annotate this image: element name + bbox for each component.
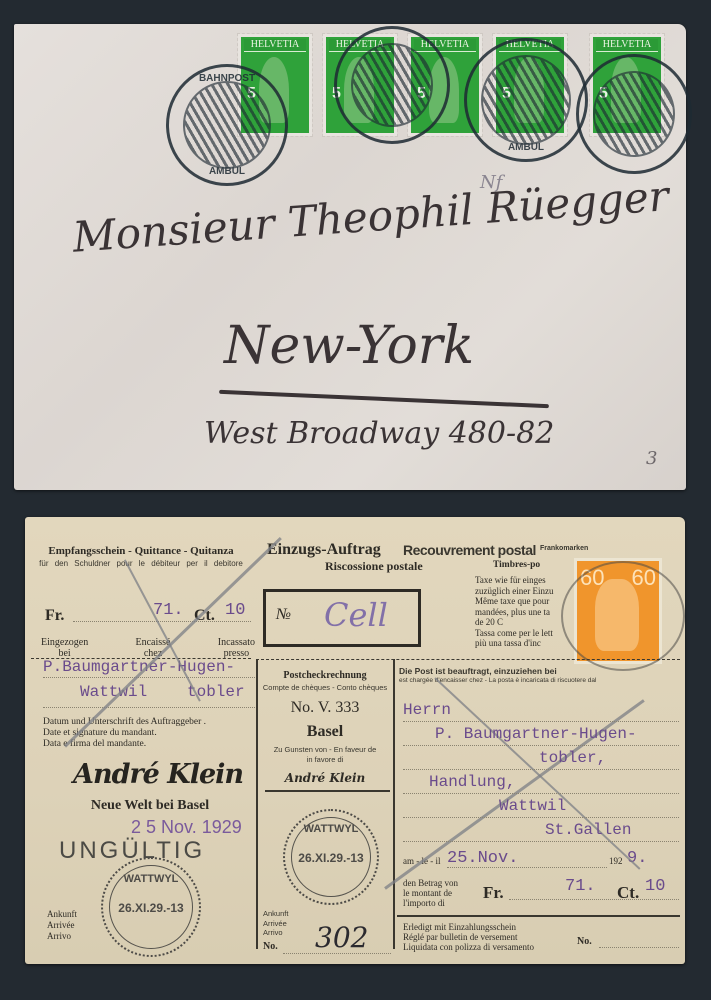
address-line-2: New-York — [224, 316, 474, 376]
divider — [256, 659, 680, 660]
company-logo: André Klein — [73, 759, 243, 790]
recipient-line: St.Gallen — [545, 821, 631, 839]
postcheck-subtitle: Compte de chèques - Conto chèques — [259, 683, 391, 692]
postcheck-arrival-labels: AnkunftArrivéeArrivo — [263, 909, 288, 938]
wattwyl-postmark: WATTWYL 26.XI.29.-13 — [283, 809, 379, 905]
receipt-subtitle: für den Schuldner pour le débiteur per i… — [31, 559, 251, 568]
divider — [265, 790, 390, 792]
recipient-line: Wattwil — [499, 797, 566, 815]
address-underline — [219, 390, 549, 408]
collected-at-labels: EingezogenbeiEncaisséchezIncassatopresso — [41, 637, 255, 659]
receipt-fr-value: 71. — [153, 601, 184, 620]
order-number-label: № — [276, 606, 291, 624]
settled-no-label: No. — [577, 936, 592, 947]
basel-postmark — [561, 561, 685, 671]
recipient-line: Handlung, — [429, 773, 515, 791]
dotted-line — [403, 721, 679, 722]
instruction-fr-it: est chargée d'encaisser chez - La posta … — [399, 677, 596, 684]
postcheck-title: Postcheckrechnung — [259, 670, 391, 681]
date-value: 25.Nov. — [447, 849, 518, 868]
form-title-it: Riscossione postale — [325, 559, 423, 574]
company-location: Neue Welt bei Basel — [65, 798, 235, 814]
recipient-line: Herrn — [403, 701, 451, 719]
postcheck-no-handwritten: 302 — [315, 921, 368, 954]
recipient-line: P. Baumgartner-Hugen- — [435, 725, 637, 743]
tax-text: Taxe wie für eingeszuzüglich einer Einzu… — [475, 575, 553, 649]
dotted-line — [43, 677, 255, 678]
wattwyl-postmark: WATTWYL 26.XI.29.-13 — [101, 857, 201, 957]
form-title-de: Einzugs-Auftrag — [267, 541, 381, 559]
divider — [393, 659, 395, 949]
dotted-line — [447, 867, 607, 868]
instruction-de: Die Post ist beauftragt, einzuziehen bei — [399, 666, 557, 676]
dotted-line — [403, 769, 679, 770]
order-fr-label: Fr. — [483, 883, 504, 903]
envelope: HELVETIA5HELVETIA5HELVETIA5HELVETIA5HELV… — [14, 24, 686, 490]
receipt-amount-line — [73, 621, 251, 622]
order-ct-label: Ct. — [617, 883, 639, 903]
order-number-box: № Cell — [263, 589, 421, 647]
stamps-label-de: Frankomarken — [540, 545, 588, 552]
collected-label: Incassatopresso — [218, 637, 255, 659]
postcheck-city: Basel — [259, 723, 391, 741]
date-stamp: 2 5 Nov. 1929 — [131, 817, 242, 838]
bahnpost-cancellation: BAHNPOST AMBUL — [166, 64, 288, 186]
postcheck-account: No. V. 333 — [259, 699, 391, 717]
collection-order-form: Empfangsschein - Quittance - Quitanza fü… — [25, 517, 685, 964]
divider — [397, 915, 680, 917]
dotted-line — [599, 947, 679, 948]
settled-label: Erledigt mit EinzahlungsscheinRéglé par … — [403, 922, 534, 952]
beneficiary: André Klein — [259, 771, 391, 785]
receipt-arrival-labels: AnkunftArrivéeArrivo — [47, 909, 77, 942]
order-number-handwritten: Cell — [324, 596, 388, 634]
collected-label: Eingezogenbei — [41, 637, 88, 659]
receipt-fr-label: Fr. — [45, 607, 64, 625]
receipt-ct-value: 10 — [225, 601, 245, 620]
stamps-label-fr: Timbres-po — [493, 560, 540, 570]
receipt-title: Empfangsschein - Quittance - Quitanza — [31, 545, 251, 557]
address-line-1: Monsieur Theophil Rüegger — [71, 171, 670, 262]
bahnpost-cancellation — [576, 54, 692, 174]
dotted-line — [403, 841, 679, 842]
form-title-fr: Recouvrement postal — [403, 542, 536, 558]
address-line-3: West Broadway 480-82 — [204, 416, 554, 451]
postcheck-no-label: No. — [263, 941, 278, 952]
divider — [256, 659, 258, 949]
favor-label-2: in favore di — [259, 755, 391, 764]
dotted-line — [43, 707, 255, 708]
recipient-line: tobler, — [539, 749, 606, 767]
order-fr-value: 71. — [565, 877, 596, 896]
amount-label: den Betrag vonle montant del'importo di — [403, 878, 458, 908]
dotted-line — [403, 817, 679, 818]
corner-number: 3 — [646, 448, 657, 469]
dotted-line — [403, 793, 679, 794]
dotted-line — [403, 745, 679, 746]
dotted-line — [509, 899, 679, 900]
favor-label-1: Zu Gunsten von - En faveur de — [259, 745, 391, 754]
divider — [31, 658, 251, 660]
order-ct-value: 10 — [645, 877, 665, 896]
year-prefix: 192 — [609, 856, 623, 866]
bahnpost-cancellation: AMBUL — [464, 38, 588, 162]
bahnpost-cancellation — [334, 26, 450, 144]
